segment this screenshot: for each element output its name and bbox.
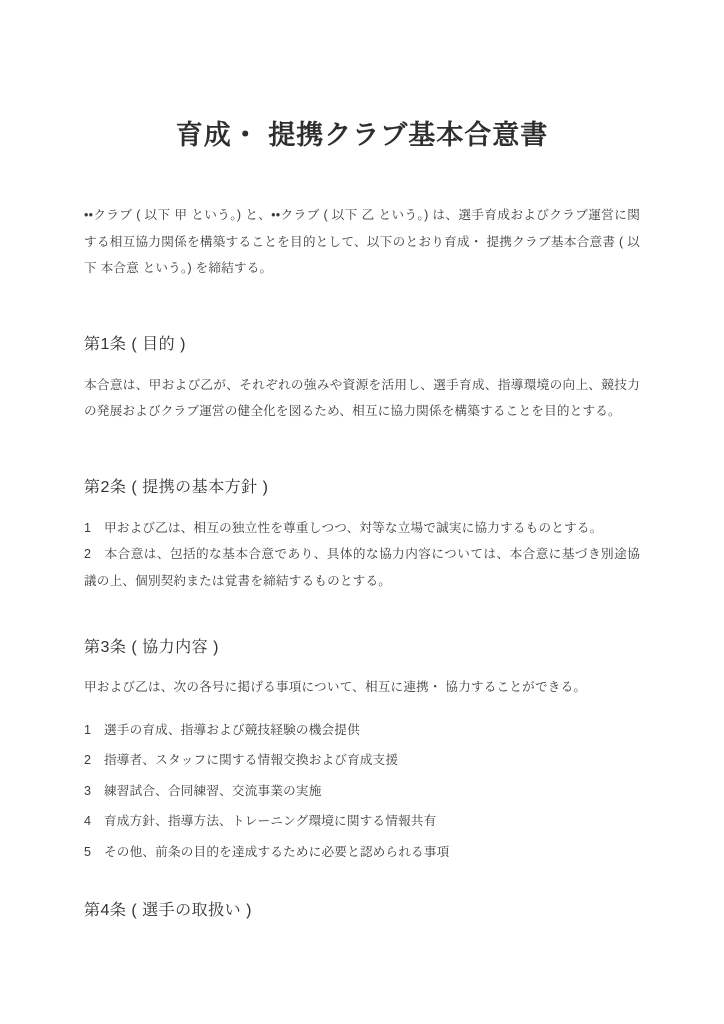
article-3: 第3条 ( 協力内容 ) 甲および乙は、次の各号に掲げる事項について、相互に連携… [84,635,640,865]
list-item: 3 練習試合、合同練習、交流事業の実施 [84,778,640,804]
article-4: 第4条 ( 選手の取扱い ) [84,898,640,923]
document-title: 育成・ 提携クラブ基本合意書 [84,115,640,155]
article-1: 第1条 ( 目的 ) 本合意は、甲および乙が、それぞれの強みや資源を活用し、選手… [84,332,640,425]
article-2-heading: 第2条 ( 提携の基本方針 ) [84,475,640,500]
list-item: 2 指導者、スタッフに関する情報交換および育成支援 [84,747,640,773]
article-2-clause-2: 2 本合意は、包括的な基本合意であり、具体的な協力内容については、本合意に基づき… [84,541,640,594]
article-3-body: 甲および乙は、次の各号に掲げる事項について、相互に連携・ 協力することができる。 [84,674,640,701]
intro-paragraph: ••クラブ ( 以下 甲 という。) と、••クラブ ( 以下 乙 という。) … [84,202,640,282]
article-3-item-list: 1 選手の育成、指導および競技経験の機会提供 2 指導者、スタッフに関する情報交… [84,717,640,865]
document-page: 育成・ 提携クラブ基本合意書 ••クラブ ( 以下 甲 という。) と、••クラ… [0,0,724,923]
article-1-heading: 第1条 ( 目的 ) [84,332,640,357]
article-2-clause-1: 1 甲および乙は、相互の独立性を尊重しつつ、対等な立場で誠実に協力するものとする… [84,515,640,542]
article-3-heading: 第3条 ( 協力内容 ) [84,635,640,660]
article-4-heading: 第4条 ( 選手の取扱い ) [84,898,640,923]
list-item: 4 育成方針、指導方法、トレーニング環境に関する情報共有 [84,808,640,834]
article-2: 第2条 ( 提携の基本方針 ) 1 甲および乙は、相互の独立性を尊重しつつ、対等… [84,475,640,595]
list-item: 5 その他、前条の目的を達成するために必要と認められる事項 [84,839,640,865]
list-item: 1 選手の育成、指導および競技経験の機会提供 [84,717,640,743]
article-1-body: 本合意は、甲および乙が、それぞれの強みや資源を活用し、選手育成、指導環境の向上、… [84,372,640,425]
